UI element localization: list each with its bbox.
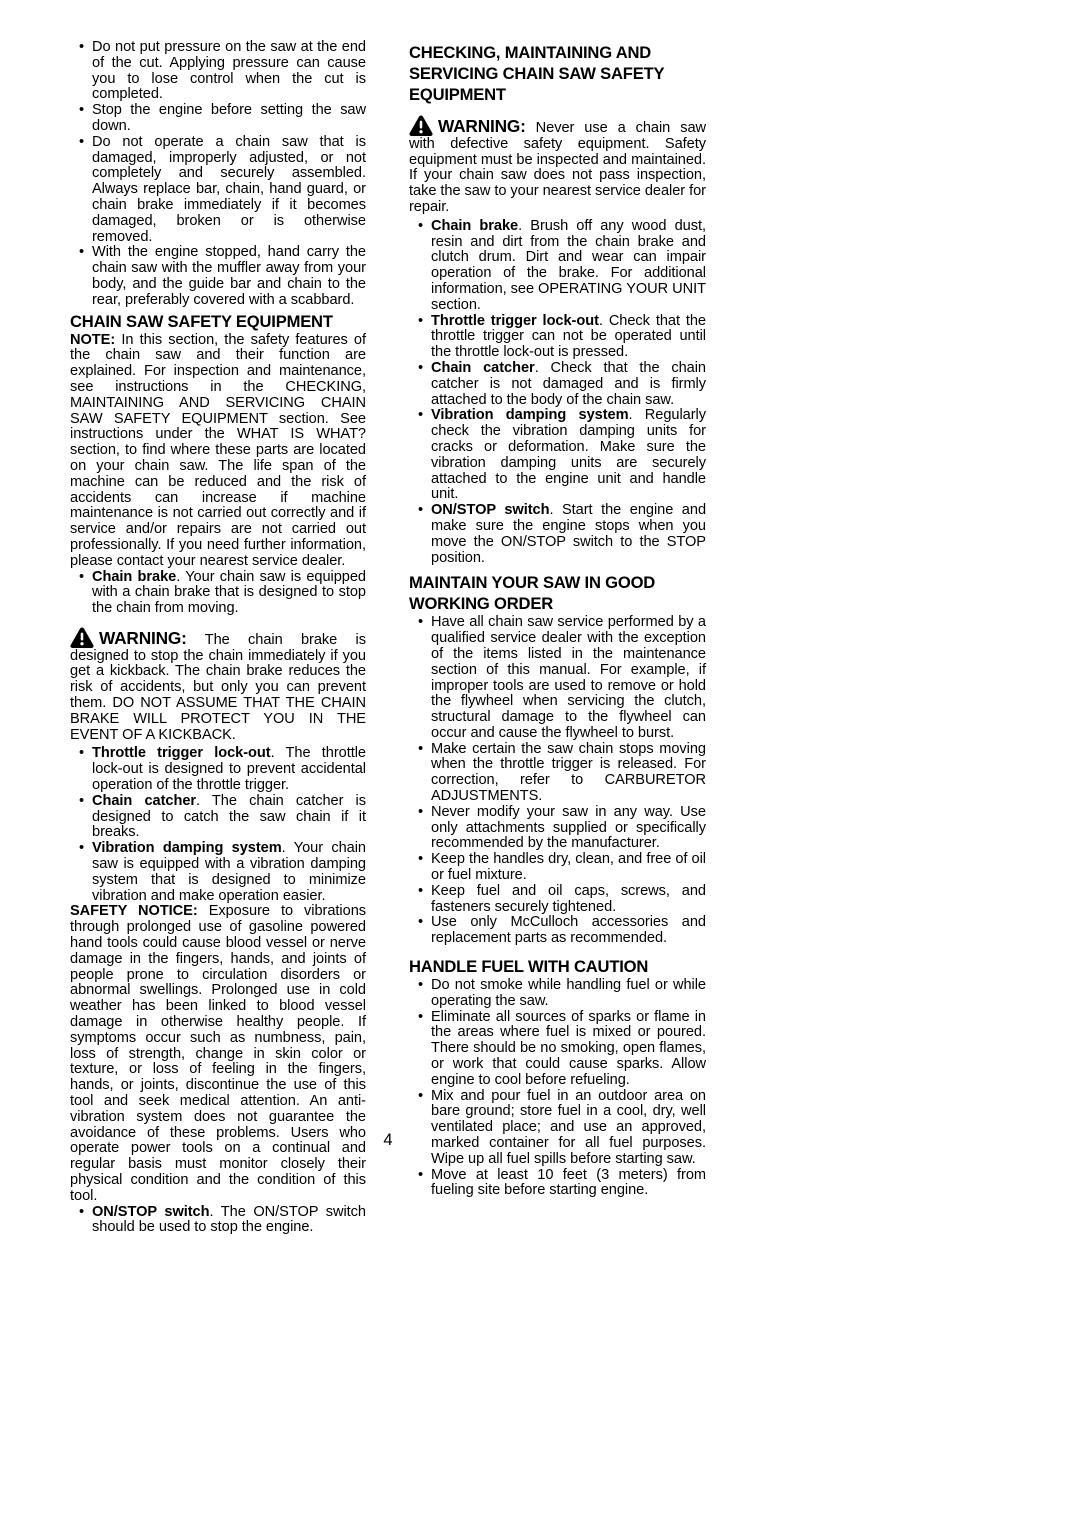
note-paragraph: NOTE: In this section, the safety featur…	[70, 333, 366, 570]
bullet-icon: •	[79, 570, 84, 586]
bullet-icon: •	[79, 245, 84, 261]
list-item: •Keep fuel and oil caps, screws, and fas…	[409, 884, 706, 916]
checking-bullet-list: •Chain brake. Brush off any wood dust, r…	[409, 219, 706, 567]
note-label: NOTE:	[70, 332, 115, 348]
bullet-icon: •	[418, 978, 423, 994]
safety-notice-text: Exposure to vibrations through prolonged…	[70, 903, 366, 1203]
safety-feature-bullet-list: •Throttle trigger lock-out. The throttle…	[70, 746, 366, 904]
list-item: •Chain brake. Your chain saw is equipped…	[70, 570, 366, 617]
bullet-lead: Chain catcher	[92, 793, 196, 809]
note-text: In this section, the safety features of …	[70, 332, 366, 569]
manual-page: •Do not put pressure on the saw at the e…	[0, 0, 1080, 1526]
bullet-icon: •	[418, 884, 423, 900]
list-item: •Throttle trigger lock-out. The throttle…	[70, 746, 366, 793]
bullet-icon: •	[418, 1089, 423, 1105]
bullet-text: Move at least 10 feet (3 meters) from fu…	[431, 1167, 706, 1199]
bullet-icon: •	[418, 852, 423, 868]
bullet-icon: •	[418, 408, 423, 424]
list-item: •Vibration damping system. Your chain sa…	[70, 841, 366, 904]
bullet-lead: Throttle trigger lock-out	[92, 745, 271, 761]
warning-label: WARNING:	[438, 116, 526, 136]
bullet-text: Have all chain saw service performed by …	[431, 614, 706, 741]
bullet-icon: •	[418, 742, 423, 758]
list-item: •Keep the handles dry, clean, and free o…	[409, 852, 706, 884]
bullet-lead: Chain brake	[92, 569, 176, 585]
bullet-lead: Vibration damping system	[92, 840, 282, 856]
bullet-text: Mix and pour fuel in an outdoor area on …	[431, 1088, 706, 1167]
list-item: •Make certain the saw chain stops moving…	[409, 742, 706, 805]
bullet-icon: •	[79, 1205, 84, 1221]
bullet-icon: •	[418, 219, 423, 235]
bullet-text: With the engine stopped, hand carry the …	[92, 244, 366, 307]
list-item: •Do not operate a chain saw that is dama…	[70, 135, 366, 246]
list-item: •Chain catcher. Check that the chain cat…	[409, 361, 706, 408]
bullet-text: Do not put pressure on the saw at the en…	[92, 39, 366, 102]
bullet-icon: •	[418, 1168, 423, 1184]
bullet-text: Use only McCulloch accessories and repla…	[431, 914, 706, 946]
list-item: •Mix and pour fuel in an outdoor area on…	[409, 1089, 706, 1168]
page-number: 4	[70, 1131, 706, 1150]
chain-brake-bullet-list: •Chain brake. Your chain saw is equipped…	[70, 570, 366, 617]
bullet-text: Keep the handles dry, clean, and free of…	[431, 851, 706, 883]
section-heading-checking-maintaining: CHECKING, MAINTAINING AND SERVICING CHAI…	[409, 42, 706, 105]
list-item: •Throttle trigger lock-out. Check that t…	[409, 314, 706, 361]
list-item: •Chain brake. Brush off any wood dust, r…	[409, 219, 706, 314]
bullet-icon: •	[79, 40, 84, 56]
warning-paragraph: WARNING: Never use a chain saw with defe…	[409, 115, 706, 216]
warning-label: WARNING:	[99, 628, 187, 648]
warning-triangle-icon	[409, 115, 433, 136]
bullet-icon: •	[79, 841, 84, 857]
list-item: •Stop the engine before setting the saw …	[70, 103, 366, 135]
list-item: •Use only McCulloch accessories and repl…	[409, 915, 706, 947]
section-heading-chain-saw-safety-equipment: CHAIN SAW SAFETY EQUIPMENT	[70, 311, 366, 332]
bullet-text: Do not operate a chain saw that is damag…	[92, 134, 366, 245]
bullet-lead: Chain brake	[431, 218, 518, 234]
fuel-bullet-list: •Do not smoke while handling fuel or whi…	[409, 978, 706, 1199]
warning-paragraph: WARNING: The chain brake is designed to …	[70, 627, 366, 744]
bullet-lead: Vibration damping system	[431, 407, 629, 423]
onstop-bullet-list: •ON/STOP switch. The ON/STOP switch shou…	[70, 1205, 366, 1237]
bullet-icon: •	[79, 794, 84, 810]
list-item: •Do not smoke while handling fuel or whi…	[409, 978, 706, 1010]
list-item: •ON/STOP switch. Start the engine and ma…	[409, 503, 706, 566]
bullet-text: Make certain the saw chain stops moving …	[431, 741, 706, 804]
bullet-icon: •	[418, 915, 423, 931]
list-item: •Do not put pressure on the saw at the e…	[70, 40, 366, 103]
safety-notice-label: SAFETY NOTICE:	[70, 903, 198, 919]
bullet-text: Eliminate all sources of sparks or flame…	[431, 1009, 706, 1088]
list-item: •Have all chain saw service performed by…	[409, 615, 706, 741]
bullet-text: Do not smoke while handling fuel or whil…	[431, 977, 706, 1009]
list-item: •With the engine stopped, hand carry the…	[70, 245, 366, 308]
maintain-bullet-list: •Have all chain saw service performed by…	[409, 615, 706, 947]
warning-text: The chain brake is designed to stop the …	[70, 632, 366, 743]
bullet-icon: •	[418, 361, 423, 377]
left-column: •Do not put pressure on the saw at the e…	[70, 40, 366, 1236]
list-item: •Chain catcher. The chain catcher is des…	[70, 794, 366, 841]
safety-notice-paragraph: SAFETY NOTICE: Exposure to vibrations th…	[70, 904, 366, 1204]
right-column: CHECKING, MAINTAINING AND SERVICING CHAI…	[409, 40, 706, 1199]
bullet-icon: •	[79, 135, 84, 151]
bullet-icon: •	[79, 746, 84, 762]
bullet-text: Never modify your saw in any way. Use on…	[431, 804, 706, 852]
warning-triangle-icon	[70, 627, 94, 648]
bullet-lead: Chain catcher	[431, 360, 535, 376]
bullet-icon: •	[418, 1010, 423, 1026]
bullet-lead: Throttle trigger lock-out	[431, 313, 599, 329]
section-heading-maintain-saw: MAINTAIN YOUR SAW IN GOOD WORKING ORDER	[409, 572, 706, 614]
operation-bullet-list: •Do not put pressure on the saw at the e…	[70, 40, 366, 309]
list-item: •Eliminate all sources of sparks or flam…	[409, 1010, 706, 1089]
list-item: •Vibration damping system. Regularly che…	[409, 408, 706, 503]
bullet-icon: •	[418, 503, 423, 519]
bullet-icon: •	[418, 314, 423, 330]
bullet-lead: ON/STOP switch	[431, 502, 549, 518]
bullet-lead: ON/STOP switch	[92, 1204, 210, 1220]
list-item: •Never modify your saw in any way. Use o…	[409, 805, 706, 852]
list-item: •ON/STOP switch. The ON/STOP switch shou…	[70, 1205, 366, 1237]
bullet-text: Keep fuel and oil caps, screws, and fast…	[431, 883, 706, 915]
bullet-icon: •	[418, 615, 423, 631]
list-item: •Move at least 10 feet (3 meters) from f…	[409, 1168, 706, 1200]
section-heading-handle-fuel: HANDLE FUEL WITH CAUTION	[409, 956, 706, 977]
bullet-icon: •	[79, 103, 84, 119]
bullet-text: Stop the engine before setting the saw d…	[92, 102, 366, 134]
bullet-icon: •	[418, 805, 423, 821]
